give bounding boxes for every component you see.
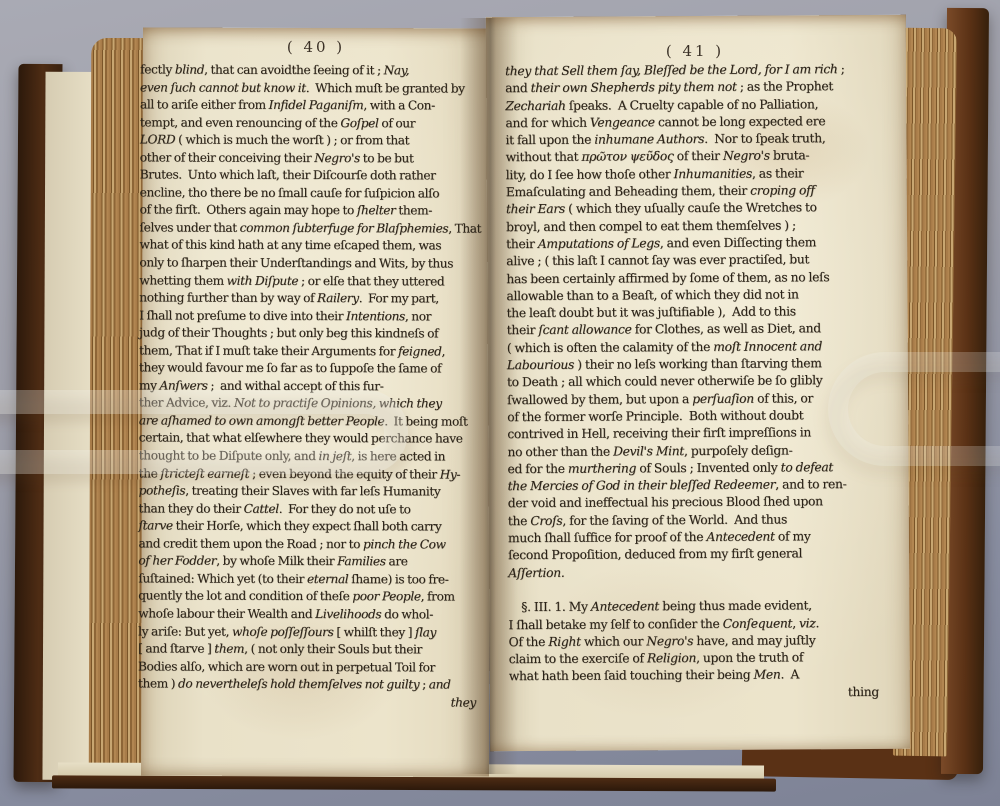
page-number-40: ( 40 ): [150, 38, 482, 56]
book-strap-left: [0, 390, 408, 474]
text-line: fectly blind, that can avoidthe ſeeing o…: [140, 61, 488, 80]
text-line: and their own Shepherds pity them not ; …: [505, 78, 885, 98]
book-photo: ( 40 ) ( 41 ) fectly blind, that can avo…: [0, 0, 1000, 806]
text-line: [ and ſtarve ] them, ( not only their So…: [138, 640, 486, 659]
text-line: all to ariſe either from Infidel Paganiſ…: [140, 96, 488, 115]
book-cover-bottom: [52, 775, 776, 791]
text-line: potheſis, treating their Slaves with far…: [139, 483, 487, 502]
text-line: other of their conceiving their Negro's …: [140, 149, 488, 168]
text-line: of the firſt. Others again may hope to ſ…: [140, 202, 488, 221]
text-line: and credit them upon the Road ; nor to p…: [138, 535, 486, 554]
text-line: ſelves under that common ſubterfuge for …: [140, 219, 488, 238]
text-line: Bodies alſo, which are worn out in perpe…: [138, 658, 486, 677]
text-line: judg of their Thoughts ; but only beg th…: [139, 325, 487, 344]
text-line: tempt, and even renouncing of the Goſpel…: [140, 114, 488, 133]
text-line: I ſhall not preſume to dive into their I…: [139, 307, 487, 326]
page-41-text: they that Sell them ſay, Bleſſed be the …: [505, 61, 889, 703]
text-line: them ) do nevertheleſs hold themſelves n…: [138, 676, 486, 695]
text-line: ſtarve their Horſe, which they expect ſh…: [138, 518, 486, 537]
text-line: of her Fodder, by whoſe Milk their Famil…: [138, 553, 486, 572]
book-strap-right: [828, 352, 1000, 466]
text-line: than they do their Cattel. For they do n…: [139, 500, 487, 519]
catchword-41: thing: [509, 684, 889, 704]
text-line: the Mercies of God in their bleſſed Rede…: [508, 476, 888, 496]
page-41-lines: they that Sell them ſay, Bleſſed be the …: [505, 61, 889, 686]
page-40-lines: fectly blind, that can avoidthe ſeeing o…: [138, 61, 488, 694]
text-line: encline, tho there be no ſmall cauſe for…: [140, 184, 488, 203]
text-line: only to ſharpen their Underſtandings and…: [139, 254, 487, 273]
text-line: LORD ( which is much the worſt ) ; or fr…: [140, 132, 488, 151]
text-line: nothing further than by way of Railery. …: [139, 290, 487, 309]
text-line: what of this kind hath at any time eſcap…: [139, 237, 487, 256]
text-line: quently the lot and condition of theſe p…: [138, 588, 486, 607]
text-line: ly ariſe: But yet, whoſe poſſeſſours [ w…: [138, 623, 486, 642]
text-line: even ſuch cannot but know it. Which muſt…: [140, 79, 488, 98]
text-line: them, That if I muſt take their Argument…: [139, 342, 487, 361]
text-line: they would favour me ſo far as to ſuppoſ…: [139, 360, 487, 379]
text-line: whetting them with Diſpute ; or elſe tha…: [139, 272, 487, 291]
catchword-40: they: [138, 693, 486, 712]
text-line: has been certainly affirmed by ſome of t…: [506, 268, 886, 288]
page-40-text: fectly blind, that can avoidthe ſeeing o…: [138, 61, 488, 711]
text-line: Brutes. Unto which laſt, their Diſcourſe…: [140, 167, 488, 186]
page-number-41: ( 41 ): [506, 42, 884, 60]
text-line: whoſe labour their Wealth and Livelihood…: [138, 605, 486, 624]
text-line: ſuſtained: Which yet (to their eternal ſ…: [138, 570, 486, 589]
